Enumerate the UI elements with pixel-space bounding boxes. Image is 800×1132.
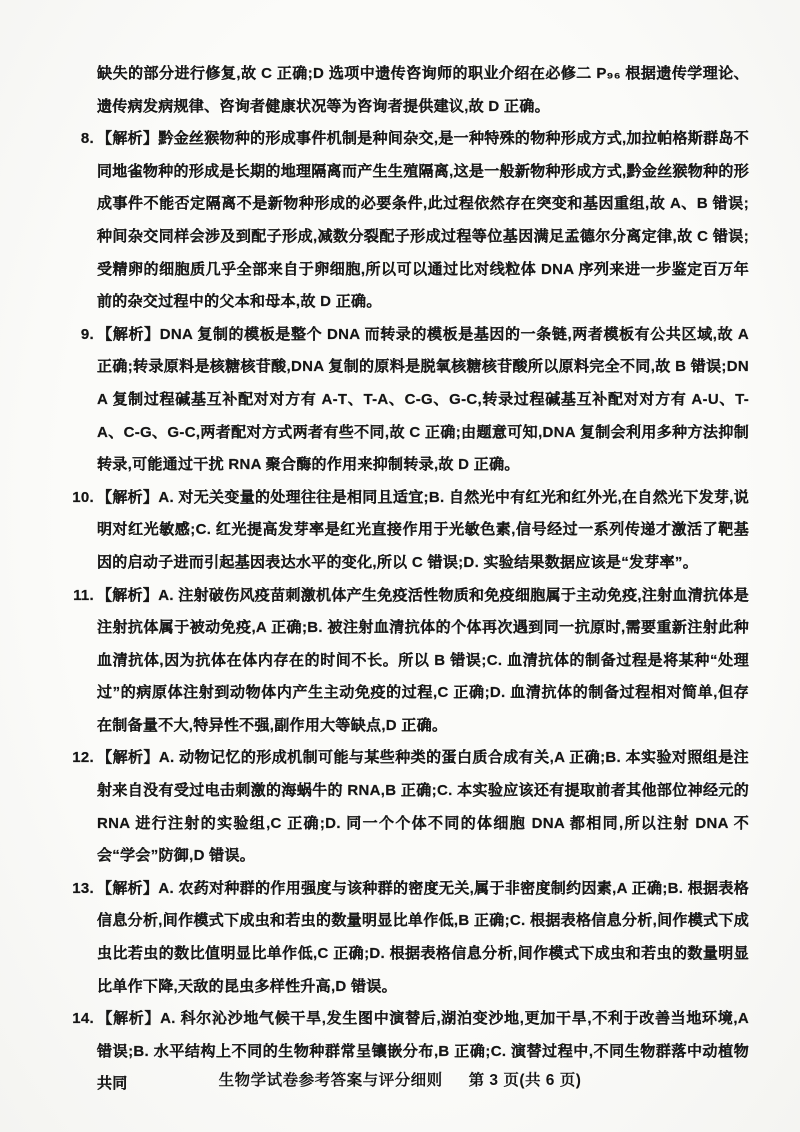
analysis-marker: 【解析】 bbox=[97, 130, 158, 147]
analysis-marker: 【解析】 bbox=[97, 489, 158, 506]
answer-item-9: 9.【解析】DNA 复制的模板是整个 DNA 而转录的模板是基因的一条链,两者模… bbox=[97, 319, 749, 482]
answer-item-13: 13.【解析】A. 农药对种群的作用强度与该种群的密度无关,属于非密度制约因素,… bbox=[97, 873, 749, 1003]
analysis-marker: 【解析】 bbox=[97, 749, 159, 766]
answer-item-7-continuation: 缺失的部分进行修复,故 C 正确;D 选项中遗传咨询师的职业介绍在必修二 P₉₆… bbox=[97, 58, 749, 123]
answer-item-10: 10.【解析】A. 对无关变量的处理往往是相同且适宜;B. 自然光中有红光和红外… bbox=[97, 482, 749, 580]
item-number: 13. bbox=[59, 873, 97, 906]
item-number: 12. bbox=[59, 742, 97, 775]
answer-item-12: 12.【解析】A. 动物记忆的形成机制可能与某些种类的蛋白质合成有关,A 正确;… bbox=[97, 742, 749, 872]
item-number: 14. bbox=[59, 1003, 97, 1036]
item-number: 8. bbox=[59, 123, 97, 156]
page-footer: 生物学试卷参考答案与评分细则第 3 页(共 6 页) bbox=[0, 1068, 800, 1090]
analysis-marker: 【解析】 bbox=[97, 1010, 160, 1027]
item-text: A. 注射破伤风疫苗刺激机体产生免疫活性物质和免疫细胞属于主动免疫,注射血清抗体… bbox=[97, 587, 749, 734]
answer-item-11: 11.【解析】A. 注射破伤风疫苗刺激机体产生免疫活性物质和免疫细胞属于主动免疫… bbox=[97, 580, 749, 743]
footer-page-indicator: 第 3 页(共 6 页) bbox=[469, 1072, 582, 1089]
answer-item-8: 8.【解析】黔金丝猴物种的形成事件机制是种间杂交,是一种特殊的物种形成方式,加拉… bbox=[97, 123, 749, 319]
item-text: A. 动物记忆的形成机制可能与某些种类的蛋白质合成有关,A 正确;B. 本实验对… bbox=[97, 749, 749, 864]
item-text: 黔金丝猴物种的形成事件机制是种间杂交,是一种特殊的物种形成方式,加拉帕格斯群岛不… bbox=[97, 130, 749, 310]
analysis-marker: 【解析】 bbox=[97, 326, 160, 343]
analysis-marker: 【解析】 bbox=[97, 880, 158, 897]
item-text: 缺失的部分进行修复,故 C 正确;D 选项中遗传咨询师的职业介绍在必修二 P₉₆… bbox=[97, 65, 749, 115]
item-text: DNA 复制的模板是整个 DNA 而转录的模板是基因的一条链,两者模板有公共区域… bbox=[97, 326, 749, 473]
answer-sheet-page: 缺失的部分进行修复,故 C 正确;D 选项中遗传咨询师的职业介绍在必修二 P₉₆… bbox=[97, 58, 749, 1101]
footer-title: 生物学试卷参考答案与评分细则 bbox=[219, 1072, 443, 1089]
item-number: 10. bbox=[59, 482, 97, 515]
item-text: A. 对无关变量的处理往往是相同且适宜;B. 自然光中有红光和红外光,在自然光下… bbox=[97, 489, 749, 571]
item-number: 11. bbox=[59, 580, 97, 613]
analysis-marker: 【解析】 bbox=[97, 587, 158, 604]
item-text: A. 农药对种群的作用强度与该种群的密度无关,属于非密度制约因素,A 正确;B.… bbox=[97, 880, 749, 995]
item-number: 9. bbox=[59, 319, 97, 352]
